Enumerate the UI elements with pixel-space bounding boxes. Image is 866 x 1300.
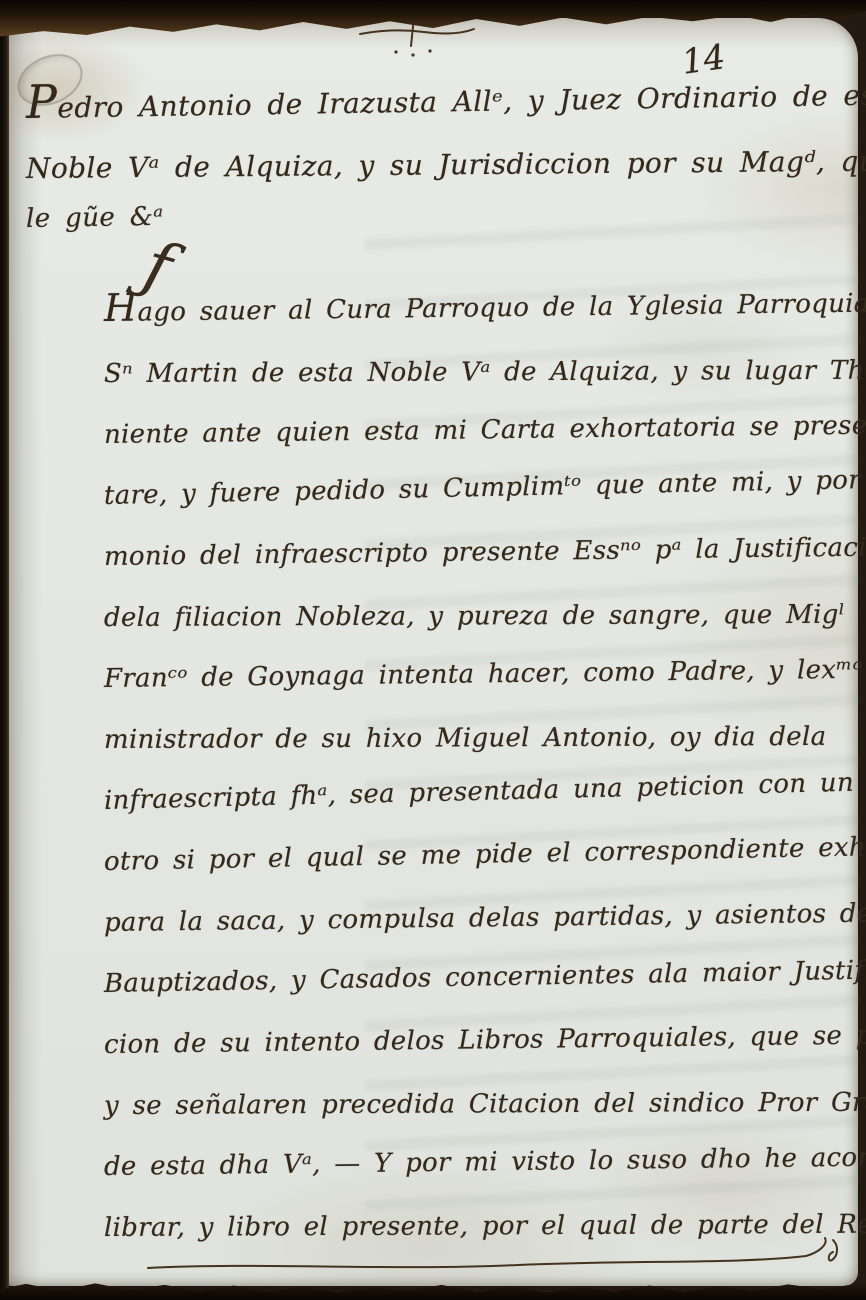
body-line: Bauptizados, y Casados concernientes ala… bbox=[104, 957, 844, 998]
body-paragraph: Hago sauer al Cura Parroquo de la Yglesi… bbox=[104, 294, 844, 1275]
body-line: ministrador de su hixo Miguel Antonio, o… bbox=[104, 723, 844, 754]
body-line: para la saca, y compulsa delas partidas,… bbox=[104, 900, 844, 937]
body-line: de esta dha Vᵃ, — Y por mi visto lo suso… bbox=[104, 1144, 844, 1181]
header-paragraph: Pedro Antonio de Irazusta Allᵉ, y Juez O… bbox=[26, 86, 838, 263]
header-line: le gũe &ᵃ bbox=[26, 190, 838, 235]
closing-rule-flourish bbox=[138, 1230, 848, 1276]
body-line: Franᶜᵒ de Goynaga intenta hacer, como Pa… bbox=[104, 656, 844, 693]
body-line: Sⁿ Martin de esta Noble Vᵃ de Alquiza, y… bbox=[104, 357, 844, 388]
body-line: otro si por el qual se me pide el corres… bbox=[104, 834, 844, 876]
body-line: y se señalaren precedida Citacion del si… bbox=[104, 1089, 844, 1120]
body-line: infraescripta fhᵃ, sea presentada una pe… bbox=[104, 769, 844, 815]
scanned-manuscript-page: 14 Pedro Antonio de Irazusta Allᵉ, y Jue… bbox=[0, 0, 866, 1300]
body-line: niente ante quien esta mi Carta exhortat… bbox=[104, 412, 844, 449]
header-line: Noble Vᵃ de Alquiza, y su Jurisdiccion p… bbox=[26, 146, 838, 185]
body-line: dela filiacion Nobleza, y pureza de sang… bbox=[104, 601, 844, 632]
body-line: tare, y fuere pedido su Cumplimᵗᵒ que an… bbox=[104, 467, 844, 510]
body-line: cion de su intento delos Libros Parroqui… bbox=[104, 1022, 844, 1059]
body-line: monio del infraescripto presente Essⁿᵒ p… bbox=[104, 534, 844, 571]
binding-edge bbox=[0, 0, 9, 1300]
